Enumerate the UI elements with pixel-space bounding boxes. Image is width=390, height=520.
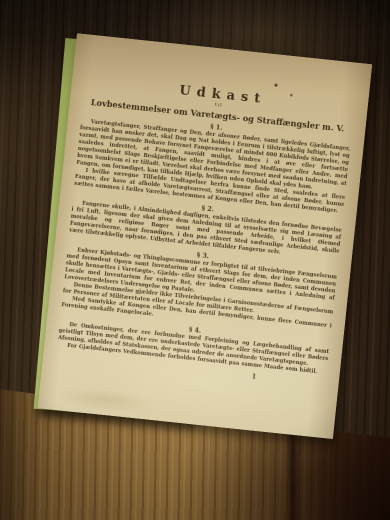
- document-page: Udkast til Lovbestemmelser om Varetægts-…: [38, 33, 373, 439]
- page-content: Udkast til Lovbestemmelser om Varetægts-…: [38, 33, 373, 439]
- photo-of-document: Udkast til Lovbestemmelser om Varetægts-…: [0, 0, 390, 520]
- paper-sheet: Udkast til Lovbestemmelser om Varetægts-…: [26, 32, 376, 443]
